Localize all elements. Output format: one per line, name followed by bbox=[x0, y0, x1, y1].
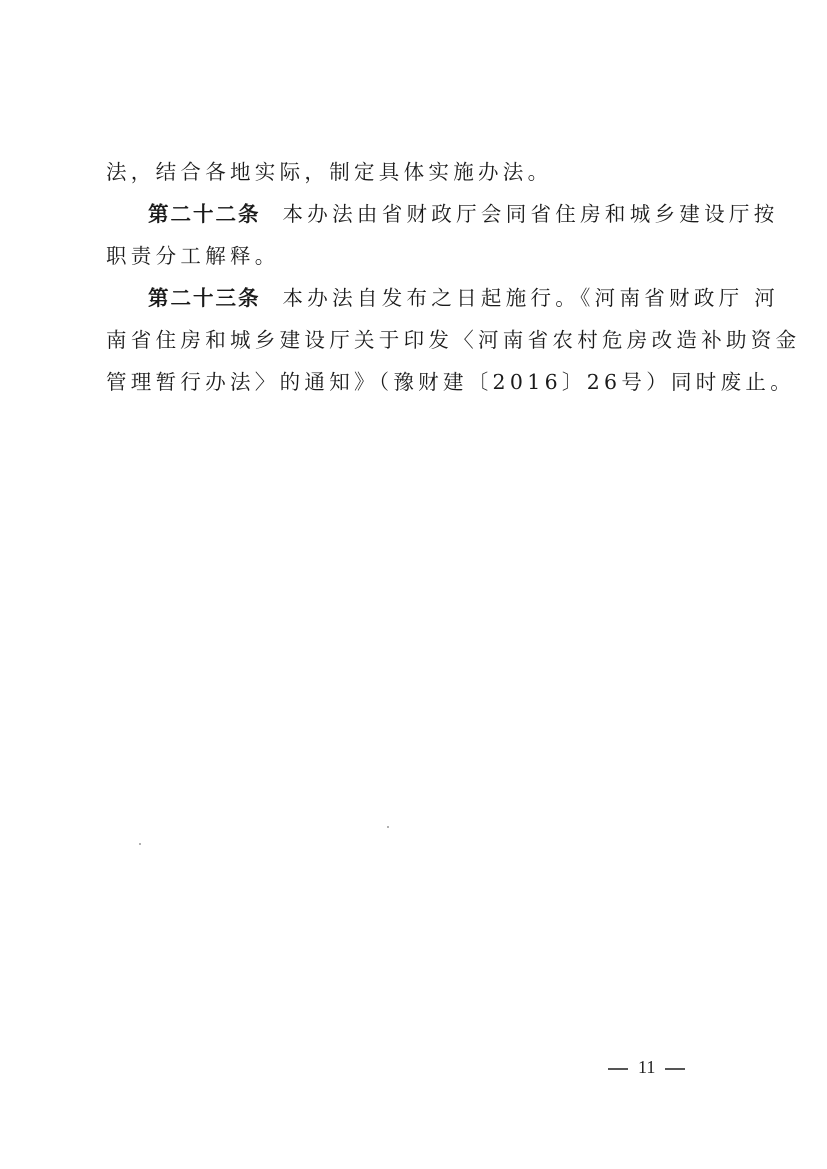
document-page: 法，结合各地实际，制定具体实施办法。 第二十二条本办法由省财政厅会同省住房和城乡… bbox=[0, 0, 827, 1169]
line-text: 管理暂行办法〉的通知》（豫财建〔2016〕26号）同时废止。 bbox=[106, 370, 795, 394]
line-text: 法，结合各地实际，制定具体实施办法。 bbox=[106, 160, 552, 184]
dash-left bbox=[608, 1068, 628, 1070]
article-heading: 第二十三条 bbox=[148, 286, 261, 310]
line-text: 本办法自发布之日起施行。《河南省财政厅 河 bbox=[283, 286, 780, 310]
page-number: 11 bbox=[638, 1057, 655, 1077]
paragraph-line: 职责分工解释。 bbox=[106, 241, 716, 271]
article-23-line: 第二十三条本办法自发布之日起施行。《河南省财政厅 河 bbox=[148, 283, 716, 313]
paragraph-line: 法，结合各地实际，制定具体实施办法。 bbox=[106, 157, 716, 187]
paragraph-line: 管理暂行办法〉的通知》（豫财建〔2016〕26号）同时废止。 bbox=[106, 367, 716, 397]
dash-right bbox=[665, 1068, 685, 1070]
scan-speck bbox=[139, 843, 141, 845]
line-text: 南省住房和城乡建设厅关于印发〈河南省农村危房改造补助资金 bbox=[106, 328, 800, 352]
scan-speck bbox=[387, 826, 389, 828]
line-text: 职责分工解释。 bbox=[106, 244, 280, 268]
line-text: 本办法由省财政厅会同省住房和城乡建设厅按 bbox=[283, 202, 779, 226]
article-heading: 第二十二条 bbox=[148, 202, 261, 226]
page-number-footer: 11 bbox=[598, 1057, 695, 1078]
article-22-line: 第二十二条本办法由省财政厅会同省住房和城乡建设厅按 bbox=[148, 199, 716, 229]
paragraph-line: 南省住房和城乡建设厅关于印发〈河南省农村危房改造补助资金 bbox=[106, 325, 716, 355]
